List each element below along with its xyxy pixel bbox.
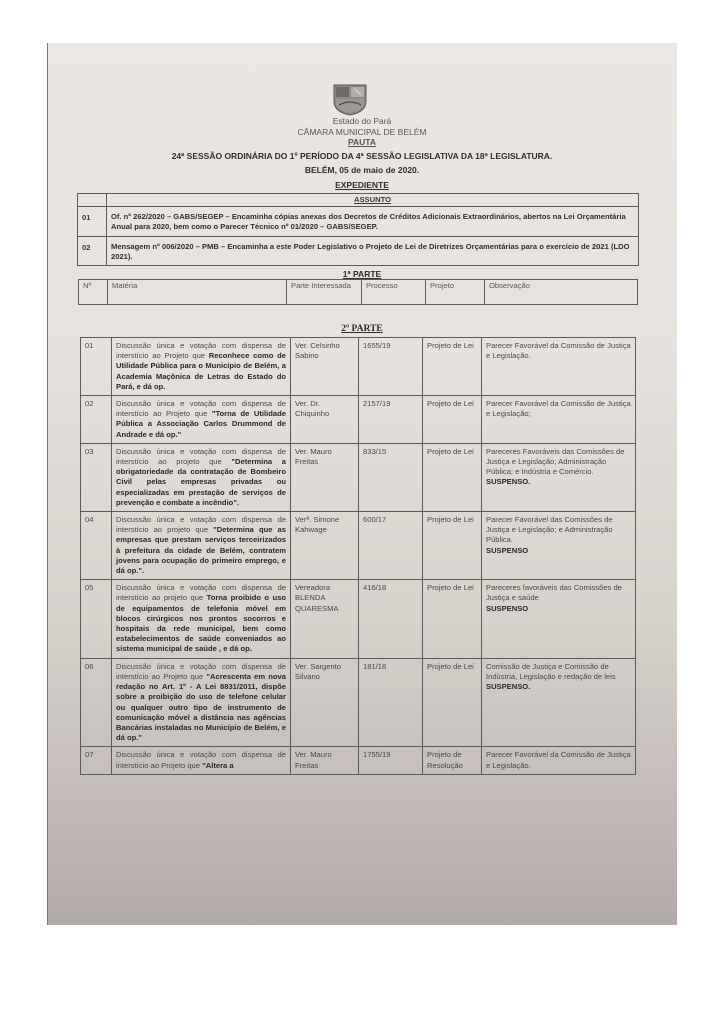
expediente-row: 02 Mensagem nº 006/2020 – PMB – Encaminh… <box>78 236 639 265</box>
item-materia: Discussão única e votação com dispensa d… <box>112 747 291 774</box>
agenda-row: 02 Discussão única e votação com dispens… <box>81 396 636 444</box>
status-badge: SUSPENSO <box>486 546 528 555</box>
item-projeto: Projeto de Lei <box>423 443 482 511</box>
agenda-row: 06 Discussão única e votação com dispens… <box>81 658 636 747</box>
item-parte-interessada: Ver. Dr. Chiquinho <box>291 396 359 444</box>
parte2-table: 01 Discussão única e votação com dispens… <box>80 337 636 775</box>
expediente-row: 01 Of. nº 262/2020 – GABS/SEGEP – Encami… <box>78 207 639 236</box>
item-parte-interessada: Ver. Sargento Silvano <box>291 658 359 747</box>
coat-of-arms-icon <box>330 83 370 116</box>
col-processo: Processo <box>362 280 426 305</box>
item-projeto: Projeto de Lei <box>423 580 482 658</box>
col-numero: Nº <box>79 280 108 305</box>
materia-intro: Discussão única e votação com dispensa d… <box>116 750 286 769</box>
item-observacao: Pareceres favoráveis das Comissões de Ju… <box>482 580 636 658</box>
item-projeto: Projeto de Lei <box>423 512 482 580</box>
item-materia: Discussão única e votação com dispensa d… <box>112 658 291 747</box>
status-badge: SUSPENSO. <box>486 477 530 486</box>
item-materia: Discussão única e votação com dispensa d… <box>112 338 291 396</box>
item-number: 07 <box>81 747 112 774</box>
item-materia: Discussão única e votação com dispensa d… <box>112 443 291 511</box>
item-processo: 1755/19 <box>359 747 423 774</box>
item-projeto: Projeto de Lei <box>423 338 482 396</box>
item-number: 05 <box>81 580 112 658</box>
item-observacao: Parecer Favorável das Comissões de Justi… <box>482 512 636 580</box>
col-projeto: Projeto <box>426 280 485 305</box>
item-parte-interessada: Ver. Mauro Freitas <box>291 443 359 511</box>
pauta-title: PAUTA <box>0 137 724 147</box>
expediente-text: Mensagem nº 006/2020 – PMB – Encaminha a… <box>107 236 639 265</box>
item-processo: 416/18 <box>359 580 423 658</box>
chamber-name: CÂMARA MUNICIPAL DE BELÉM <box>0 127 724 137</box>
item-observacao: Pareceres Favoráveis das Comissões de Ju… <box>482 443 636 511</box>
item-observacao: Parecer Favorável da Comissão de Justiça… <box>482 338 636 396</box>
item-number: 01 <box>81 338 112 396</box>
item-materia: Discussão única e votação com dispensa d… <box>112 396 291 444</box>
expediente-header-row: ASSUNTO <box>78 194 639 207</box>
observacao-text: Parecer Favorável da Comissão de Justiça… <box>486 750 631 769</box>
materia-subject: "Acrescenta em nova redação no Art. 1º -… <box>116 672 286 742</box>
parte1-header-row: Nº Matéria Parte Interessada Processo Pr… <box>79 280 638 305</box>
observacao-text: Parecer Favorável da Comissão de Justiça… <box>486 341 631 360</box>
observacao-text: Pareceres favoráveis das Comissões de Ju… <box>486 583 622 602</box>
parte1-table: Nº Matéria Parte Interessada Processo Pr… <box>78 279 638 305</box>
col-materia: Matéria <box>108 280 287 305</box>
item-number: 04 <box>81 512 112 580</box>
agenda-row: 05 Discussão única e votação com dispens… <box>81 580 636 658</box>
item-number: 03 <box>81 443 112 511</box>
pauta-document: Estado do Pará CÂMARA MUNICIPAL DE BELÉM… <box>0 0 724 1024</box>
item-observacao: Parecer Favorável da Comissão de Justiça… <box>482 396 636 444</box>
agenda-row: 01 Discussão única e votação com dispens… <box>81 338 636 396</box>
item-observacao: Comissão de Justiça e Comissão de Indúst… <box>482 658 636 747</box>
item-projeto: Projeto de Lei <box>423 396 482 444</box>
agenda-row: 03 Discussão única e votação com dispens… <box>81 443 636 511</box>
status-badge: SUSPENSO. <box>486 682 530 691</box>
expediente-title: EXPEDIENTE <box>0 180 724 190</box>
expediente-number: 02 <box>78 236 107 265</box>
item-materia: Discussão única e votação com dispensa d… <box>112 580 291 658</box>
expediente-number: 01 <box>78 207 107 236</box>
item-parte-interessada: Vereadora BLENDA QUARESMA <box>291 580 359 658</box>
item-observacao: Parecer Favorável da Comissão de Justiça… <box>482 747 636 774</box>
observacao-text: Parecer Favorável da Comissão de Justiça… <box>486 399 631 418</box>
agenda-row: 04 Discussão única e votação com dispens… <box>81 512 636 580</box>
observacao-text: Pareceres Favoráveis das Comissões de Ju… <box>486 447 624 476</box>
parte2-title: 2º PARTE <box>0 324 724 334</box>
item-processo: 833/15 <box>359 443 423 511</box>
item-materia: Discussão única e votação com dispensa d… <box>112 512 291 580</box>
agenda-row: 07 Discussão única e votação com dispens… <box>81 747 636 774</box>
parte1-title: 1ª PARTE <box>0 269 724 279</box>
item-parte-interessada: Ver. Celsinho Sabino <box>291 338 359 396</box>
materia-subject: Torna proibido o uso de equipamentos de … <box>116 593 286 653</box>
item-projeto: Projeto de Resolução <box>423 747 482 774</box>
col-observacao: Observação <box>485 280 638 305</box>
item-projeto: Projeto de Lei <box>423 658 482 747</box>
session-title: 24ª SESSÃO ORDINÁRIA DO 1º PERÍODO DA 4ª… <box>0 151 724 161</box>
item-processo: 1655/19 <box>359 338 423 396</box>
state-name: Estado do Pará <box>0 116 724 126</box>
expediente-text: Of. nº 262/2020 – GABS/SEGEP – Encaminha… <box>107 207 639 236</box>
col-parte-interessada: Parte Interessada <box>287 280 362 305</box>
expediente-table: ASSUNTO 01 Of. nº 262/2020 – GABS/SEGEP … <box>77 193 639 266</box>
item-number: 06 <box>81 658 112 747</box>
item-processo: 2157/19 <box>359 396 423 444</box>
item-number: 02 <box>81 396 112 444</box>
status-badge: SUSPENSO <box>486 604 528 613</box>
observacao-text: Parecer Favorável das Comissões de Justi… <box>486 515 613 544</box>
observacao-text: Comissão de Justiça e Comissão de Indúst… <box>486 662 616 681</box>
materia-subject: "Altera a <box>202 761 233 770</box>
item-processo: 181/18 <box>359 658 423 747</box>
item-processo: 600/17 <box>359 512 423 580</box>
item-parte-interessada: Ver. Mauro Freitas <box>291 747 359 774</box>
session-date: BELÉM, 05 de maio de 2020. <box>0 165 724 175</box>
item-parte-interessada: Verª. Simone Kahwage <box>291 512 359 580</box>
assunto-header: ASSUNTO <box>107 194 639 207</box>
